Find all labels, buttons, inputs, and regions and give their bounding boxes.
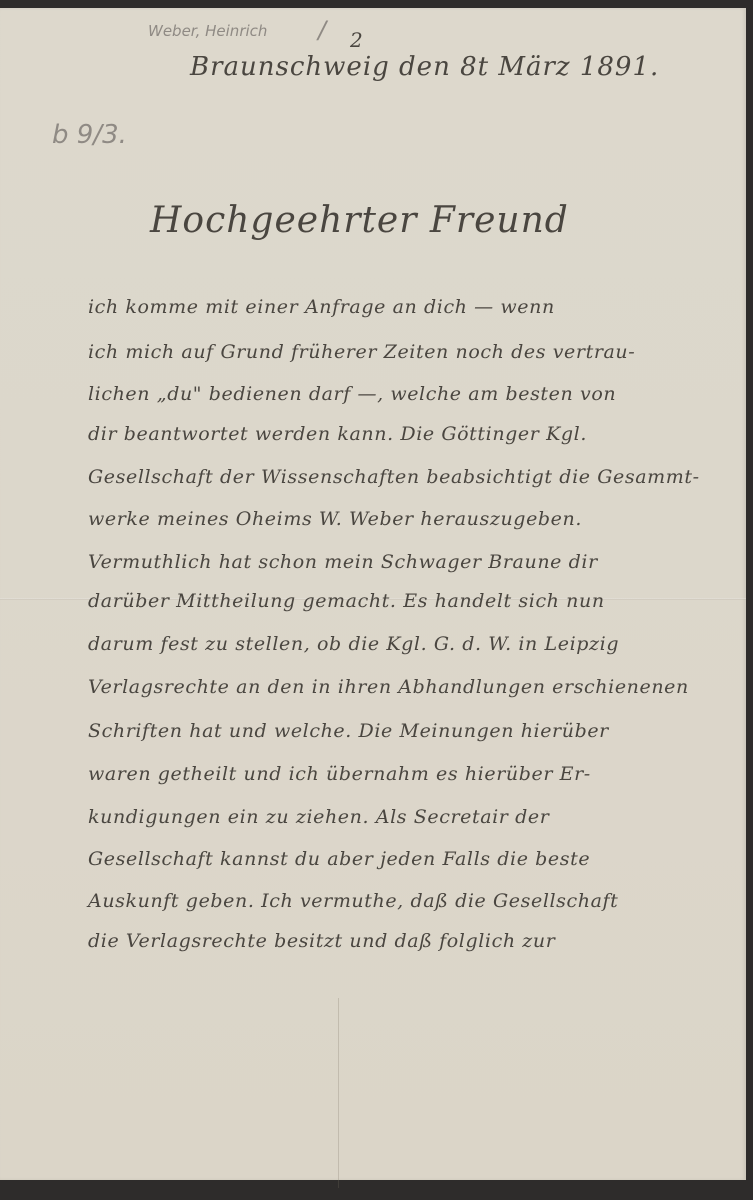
body-line: lichen „du" bedienen darf —, welche am b…	[88, 383, 616, 405]
body-line: Schriften hat und welche. Die Meinungen …	[88, 720, 609, 742]
letter-page: Weber, Heinrich / 2 Braunschweig den 8t …	[0, 8, 746, 1180]
archive-annotation-name: Weber, Heinrich	[148, 22, 267, 40]
body-line: darüber Mittheilung gemacht. Es handelt …	[88, 590, 605, 612]
salutation: Hochgeehrter Freund	[150, 200, 569, 241]
body-line: ich komme mit einer Anfrage an dich — we…	[88, 296, 555, 318]
body-line: werke meines Oheims W. Weber herauszugeb…	[88, 508, 582, 530]
reference-mark: b 9/3.	[52, 120, 127, 150]
body-line: kundigungen ein zu ziehen. Als Secretair…	[88, 806, 549, 828]
body-line: dir beantwortet werden kann. Die Götting…	[88, 423, 587, 445]
body-line: die Verlagsrechte besitzt und daß folgli…	[88, 930, 555, 952]
body-line: Gesellschaft kannst du aber jeden Falls …	[88, 848, 590, 870]
body-line: waren getheilt und ich übernahm es hierü…	[88, 763, 591, 785]
archive-annotation-divider: /	[318, 16, 326, 44]
body-line: Vermuthlich hat schon mein Schwager Brau…	[88, 551, 598, 573]
body-line: Verlagsrechte an den in ihren Abhandlung…	[88, 676, 689, 698]
vertical-fold-line	[338, 998, 339, 1188]
archive-page-number: 2	[350, 28, 363, 52]
body-line: Gesellschaft der Wissenschaften beabsich…	[88, 466, 700, 488]
body-line: Auskunft geben. Ich vermuthe, daß die Ge…	[88, 890, 618, 912]
date-line: Braunschweig den 8t März 1891.	[190, 52, 659, 82]
body-line: darum fest zu stellen, ob die Kgl. G. d.…	[88, 633, 619, 655]
body-line: ich mich auf Grund früherer Zeiten noch …	[88, 341, 635, 363]
